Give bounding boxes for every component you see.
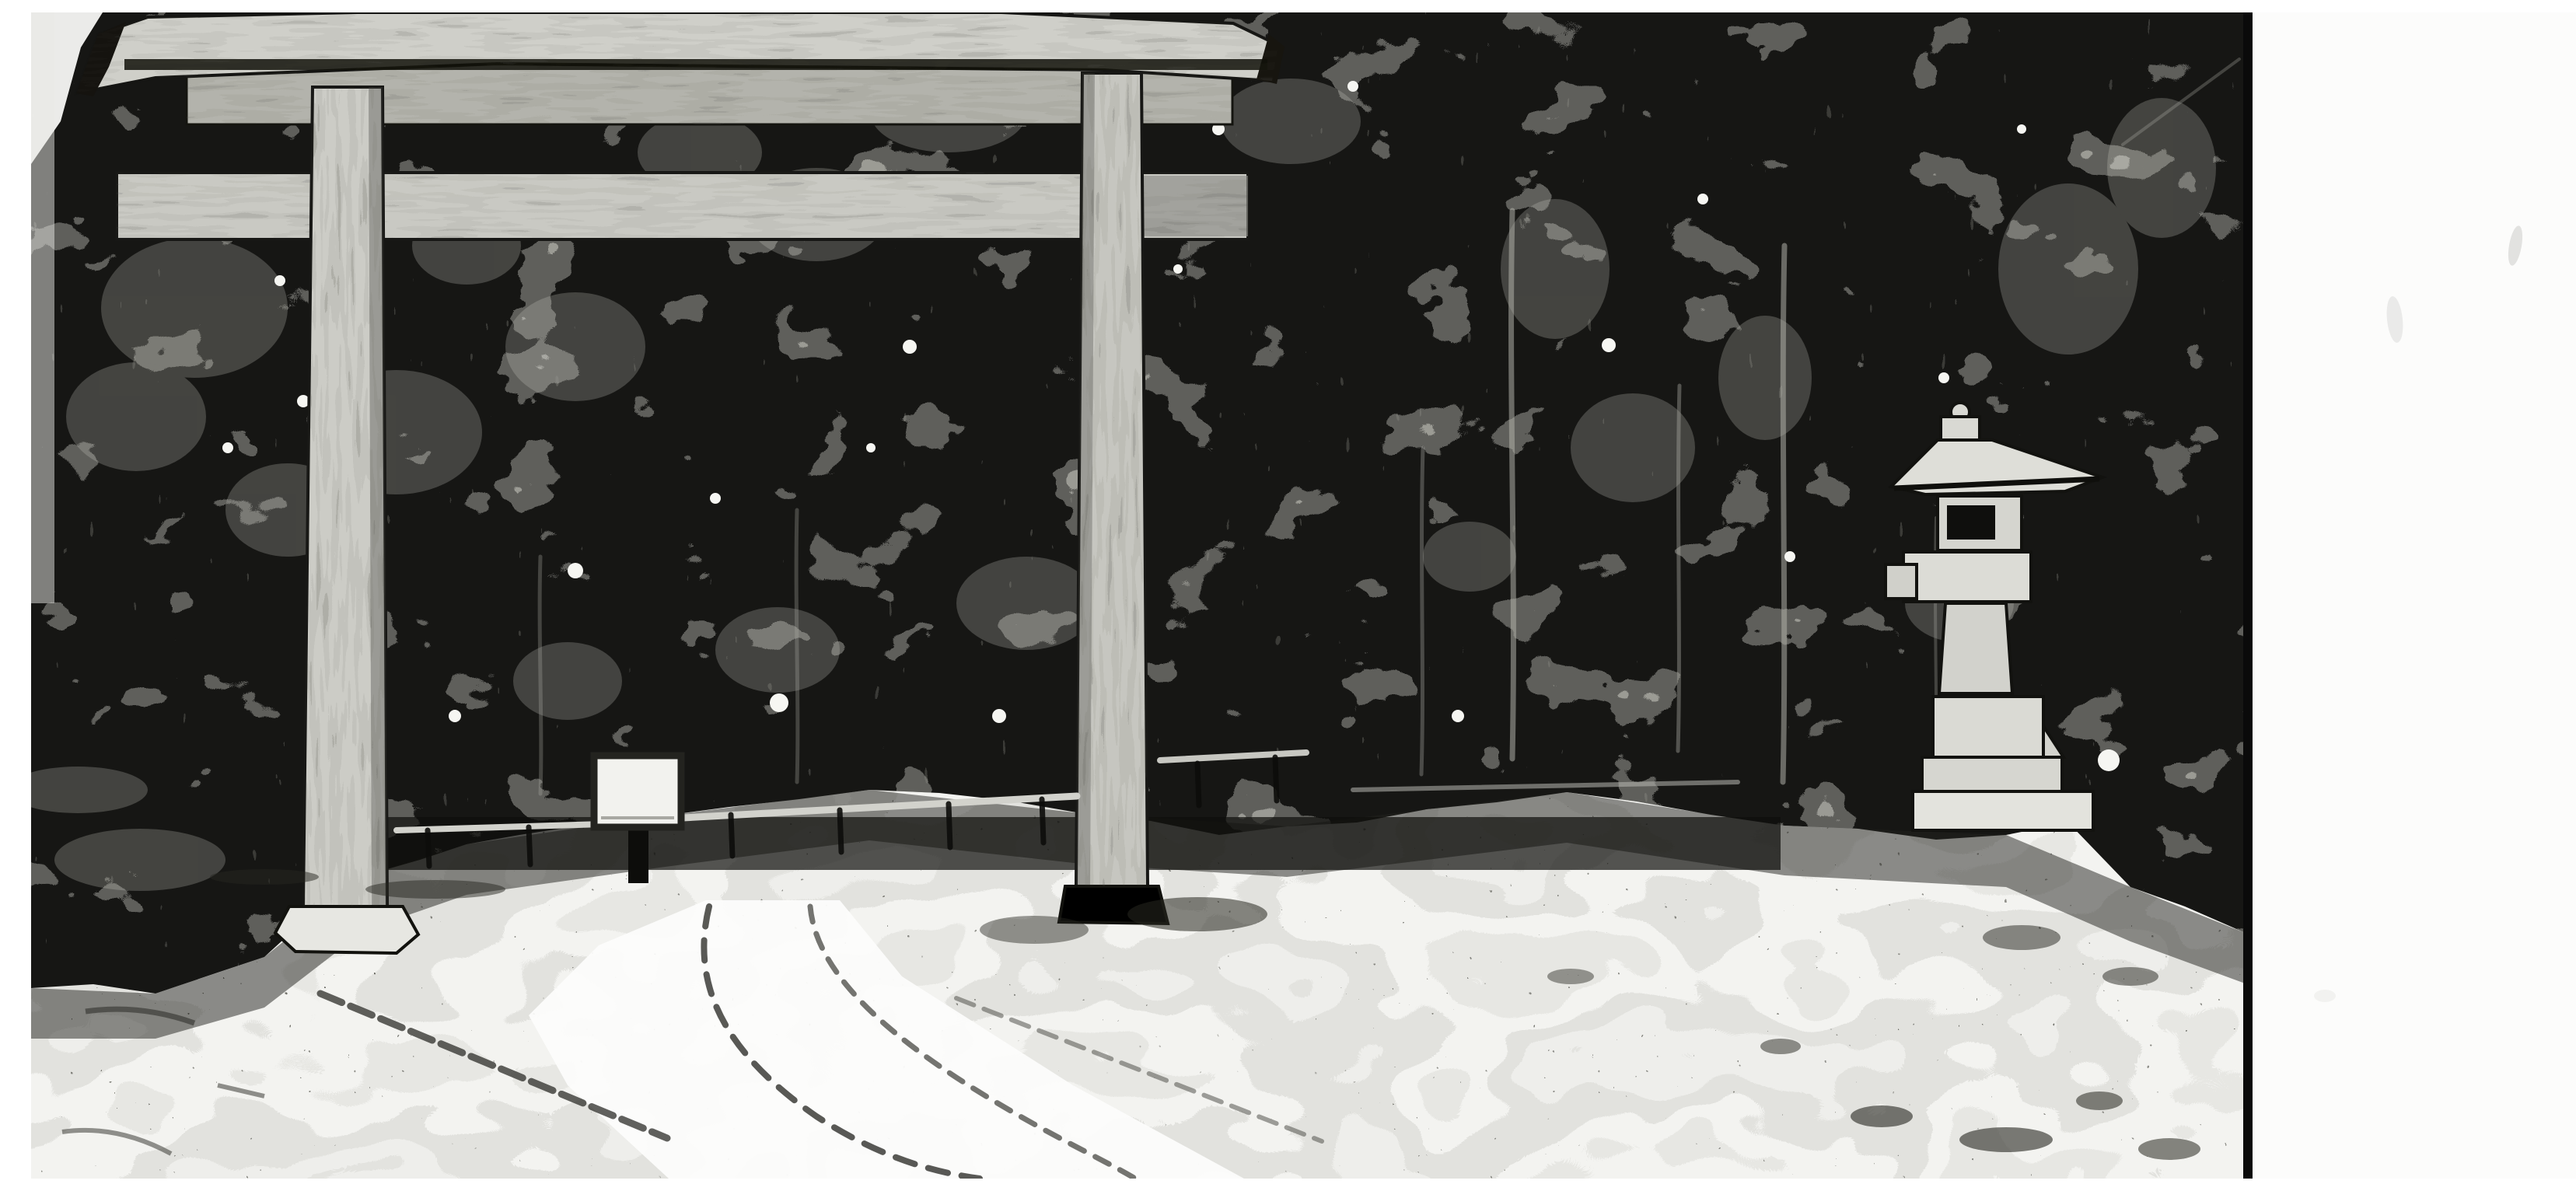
page-margin bbox=[2253, 12, 2576, 1179]
border-rule bbox=[2243, 12, 2253, 1179]
illustration-canvas bbox=[31, 12, 2576, 1179]
print-grain bbox=[31, 12, 2247, 1179]
illustration bbox=[31, 12, 2247, 1179]
page: High-contrast black-and-white halftone i… bbox=[31, 12, 2576, 1179]
